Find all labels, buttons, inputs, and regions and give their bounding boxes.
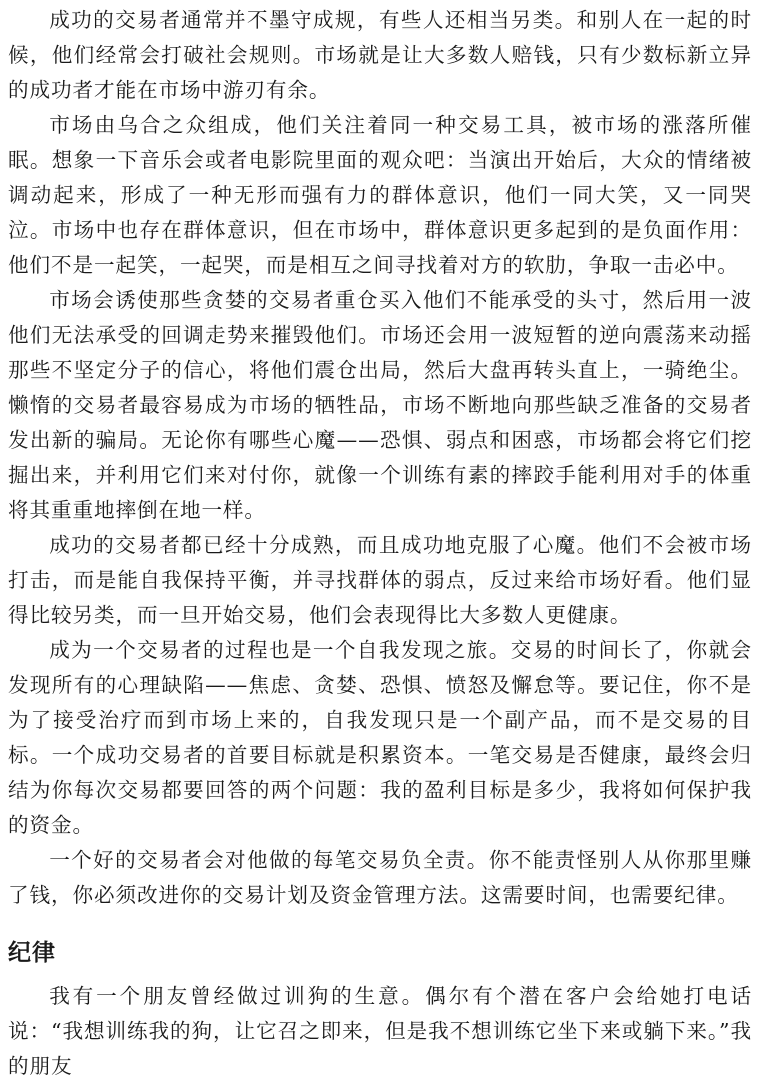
paragraph: 成功的交易者都已经十分成熟，而且成功地克服了心魔。他们不会被市场打击，而是能自我… xyxy=(8,528,752,633)
section-heading: 纪律 xyxy=(8,935,752,971)
paragraph: 成功的交易者通常并不墨守成规，有些人还相当另类。和别人在一起的时候，他们经常会打… xyxy=(8,3,752,108)
paragraph: 成为一个交易者的过程也是一个自我发现之旅。交易的时间长了，你就会发现所有的心理缺… xyxy=(8,633,752,843)
paragraph: 市场由乌合之众组成，他们关注着同一种交易工具，被市场的涨落所催眠。想象一下音乐会… xyxy=(8,108,752,283)
document-page: 成功的交易者通常并不墨守成规，有些人还相当另类。和别人在一起的时候，他们经常会打… xyxy=(0,0,758,1084)
paragraph: 一个好的交易者会对他做的每笔交易负全责。你不能责怪别人从你那里赚了钱，你必须改进… xyxy=(8,843,752,913)
paragraph: 市场会诱使那些贪婪的交易者重仓买入他们不能承受的头寸，然后用一波他们无法承受的回… xyxy=(8,283,752,528)
paragraph: 我有一个朋友曾经做过训狗的生意。偶尔有个潜在客户会给她打电话说：“我想训练我的狗… xyxy=(8,979,752,1084)
